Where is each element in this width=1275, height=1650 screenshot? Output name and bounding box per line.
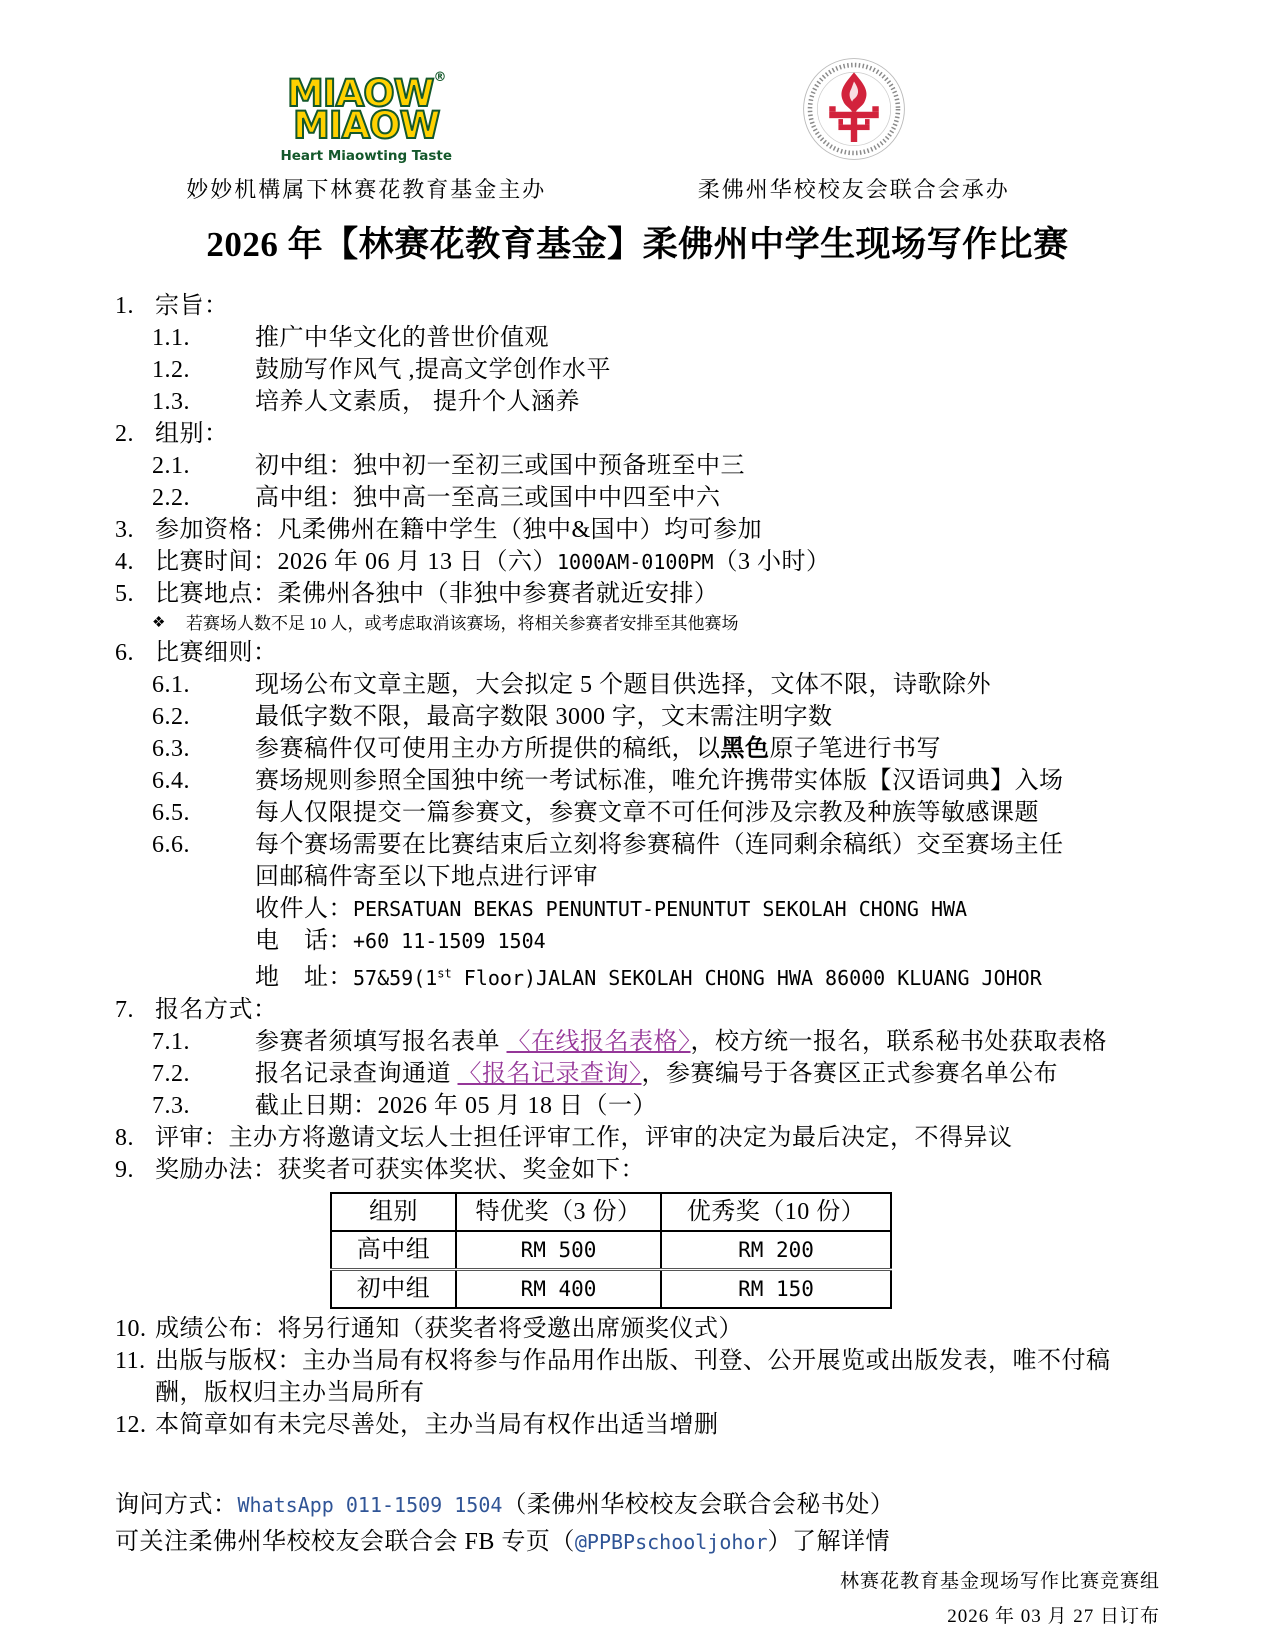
list-item-7-2: 7.2.报名记录查询通道 〈报名记录查询〉，参赛编号于各赛区正式参赛名单公布 [115, 1058, 1160, 1090]
registered-trademark-icon: ® [433, 70, 445, 85]
document-footer: 询问方式：WhatsApp 011-1509 1504（柔佛州华校校友会联合会秘… [115, 1487, 1160, 1631]
recipient-value: PERSATUAN BEKAS PENUNTUT-PENUNTUT SEKOLA… [353, 897, 967, 921]
facebook-line: 可关注柔佛州华校校友会联合会 FB 专页（@PPBPschooljohor）了解… [115, 1524, 1160, 1561]
list-item-6-2: 6.2.最低字数不限，最高字数限 3000 字，文末需注明字数 [115, 701, 1160, 733]
signoff-date: 2026 年 03 月 27 日订布 [115, 1602, 1160, 1631]
list-item-6: 6.比赛细则： [115, 637, 1160, 669]
list-item-1-1: 1.1.推广中华文化的普世价值观 [115, 322, 1160, 354]
organizer-left: 妙妙机構属下林赛花教育基金主办 [105, 173, 628, 204]
prize-table-header-excellent-prize: 优秀奖（10 份） [661, 1193, 891, 1231]
list-item-2: 2.组别： [115, 418, 1160, 450]
mailing-instruction-line: 回邮稿件寄至以下地点进行评审 [115, 861, 1160, 893]
miaow-logo-tagline: Heart Miaowting Taste [280, 148, 452, 164]
black-pen-emphasis: 黑色 [721, 736, 770, 762]
list-item-7: 7.报名方式： [115, 994, 1160, 1026]
list-item-6-5: 6.5.每人仅限提交一篇参赛文，参赛文章不可任何涉及宗教及种族等敏感课题 [115, 797, 1160, 829]
diamond-bullet-icon: ❖ [152, 610, 186, 637]
miaow-logo-word2: MIAOW [280, 110, 452, 143]
venue-note: ❖若赛场人数不足 10 人，或考虑取消该赛场，将相关参赛者安排至其他赛场 [115, 610, 1160, 637]
miaow-miaow-logo: MIAOW® MIAOW Heart Miaowting Taste [115, 52, 638, 164]
list-item-6-3: 6.3.参赛稿件仅可使用主办方所提供的稿纸，以黑色原子笔进行书写 [115, 733, 1160, 765]
list-item-2-1: 2.1.初中组：独中初一至初三或国中预备班至中三 [115, 450, 1160, 482]
list-item-12: 12.本简章如有未完尽善处，主办当局有权作出适当增删 [115, 1409, 1160, 1441]
list-item-5: 5.比赛地点：柔佛州各独中（非独中参赛者就近安排） [115, 578, 1160, 610]
list-item-10: 10.成绩公布：将另行通知（获奖者将受邀出席颁奖仪式） [115, 1313, 1160, 1345]
inquiry-line: 询问方式：WhatsApp 011-1509 1504（柔佛州华校校友会联合会秘… [115, 1487, 1160, 1524]
organizer-right: 柔佛州华校校友会联合会承办 [593, 173, 1116, 204]
prize-table-header-top-prize: 特优奖（3 份） [456, 1193, 661, 1231]
prize-table-header-group: 组别 [331, 1193, 456, 1231]
list-item-8: 8.评审：主办方将邀请文坛人士担任评审工作，评审的决定为最后决定，不得异议 [115, 1122, 1160, 1154]
phone-value: +60 11-1509 1504 [353, 929, 546, 953]
header-logos: MIAOW® MIAOW Heart Miaowting Taste [115, 52, 1160, 164]
registration-record-query-link[interactable]: 〈报名记录查询〉 [458, 1061, 642, 1087]
list-item-1: 1.宗旨： [115, 290, 1160, 322]
document-page: MIAOW® MIAOW Heart Miaowting Taste [0, 0, 1275, 1650]
phone-line: 电 话：+60 11-1509 1504 [115, 925, 1160, 957]
recipient-line: 收件人：PERSATUAN BEKAS PENUNTUT-PENUNTUT SE… [115, 893, 1160, 925]
document-body: 1.宗旨： 1.1.推广中华文化的普世价值观 1.2.鼓励写作风气 ,提高文学创… [115, 290, 1160, 1441]
prize-table-row-senior: 高中组 RM 500 RM 200 [331, 1231, 891, 1270]
online-registration-form-link[interactable]: 〈在线报名表格〉 [507, 1029, 691, 1055]
list-item-3: 3.参加资格：凡柔佛州在籍中学生（独中&国中）均可参加 [115, 514, 1160, 546]
whatsapp-contact: WhatsApp 011-1509 1504 [238, 1493, 503, 1517]
contest-time-value: 1000AM-0100PM [557, 550, 714, 574]
list-item-4: 4.比赛时间：2026 年 06 月 13 日（六）1000AM-0100PM（… [115, 546, 1160, 578]
page-title: 2026 年【林赛花教育基金】柔佛州中学生现场写作比赛 [115, 217, 1160, 267]
list-item-7-1: 7.1.参赛者须填写报名表单 〈在线报名表格〉，校方统一报名，联系秘书处获取表格 [115, 1026, 1160, 1058]
organizer-row: 妙妙机構属下林赛花教育基金主办 柔佛州华校校友会联合会承办 [115, 173, 1160, 204]
torch-emblem-icon [799, 54, 909, 164]
address-line: 地 址：57&59(1st Floor)JALAN SEKOLAH CHONG … [115, 957, 1160, 994]
list-item-6-1: 6.1.现场公布文章主题，大会拟定 5 个题目供选择，文体不限，诗歌除外 [115, 669, 1160, 701]
list-item-7-3: 7.3.截止日期：2026 年 05 月 18 日（一） [115, 1090, 1160, 1122]
list-item-6-4: 6.4.赛场规则参照全国独中统一考试标准，唯允许携带实体版【汉语词典】入场 [115, 765, 1160, 797]
list-item-2-2: 2.2.高中组：独中高一至高三或国中中四至中六 [115, 482, 1160, 514]
list-item-1-2: 1.2.鼓励写作风气 ,提高文学创作水平 [115, 354, 1160, 386]
list-item-11-continuation: 酬，版权归主办当局所有 [115, 1377, 1160, 1409]
list-item-6-6: 6.6.每个赛场需要在比赛结束后立刻将参赛稿件（连同剩余稿纸）交至赛场主任 [115, 829, 1160, 861]
torch-emblem-logo [593, 52, 1116, 164]
list-item-9: 9.奖励办法：获奖者可获实体奖状、奖金如下： [115, 1154, 1160, 1186]
address-value: 57&59(1st Floor)JALAN SEKOLAH CHONG HWA … [353, 966, 1042, 990]
list-item-11: 11.出版与版权：主办当局有权将参与作品用作出版、刊登、公开展览或出版发表，唯不… [115, 1345, 1160, 1377]
prize-table-row-junior: 初中组 RM 400 RM 150 [331, 1269, 891, 1308]
list-item-1-3: 1.3.培养人文素质， 提升个人涵养 [115, 386, 1160, 418]
signoff-organizer: 林赛花教育基金现场写作比赛竞赛组 [115, 1567, 1160, 1596]
prize-table: 组别 特优奖（3 份） 优秀奖（10 份） 高中组 RM 500 RM 200 … [330, 1192, 892, 1309]
prize-table-header-row: 组别 特优奖（3 份） 优秀奖（10 份） [331, 1193, 891, 1231]
facebook-handle: @PPBPschooljohor [575, 1530, 768, 1554]
